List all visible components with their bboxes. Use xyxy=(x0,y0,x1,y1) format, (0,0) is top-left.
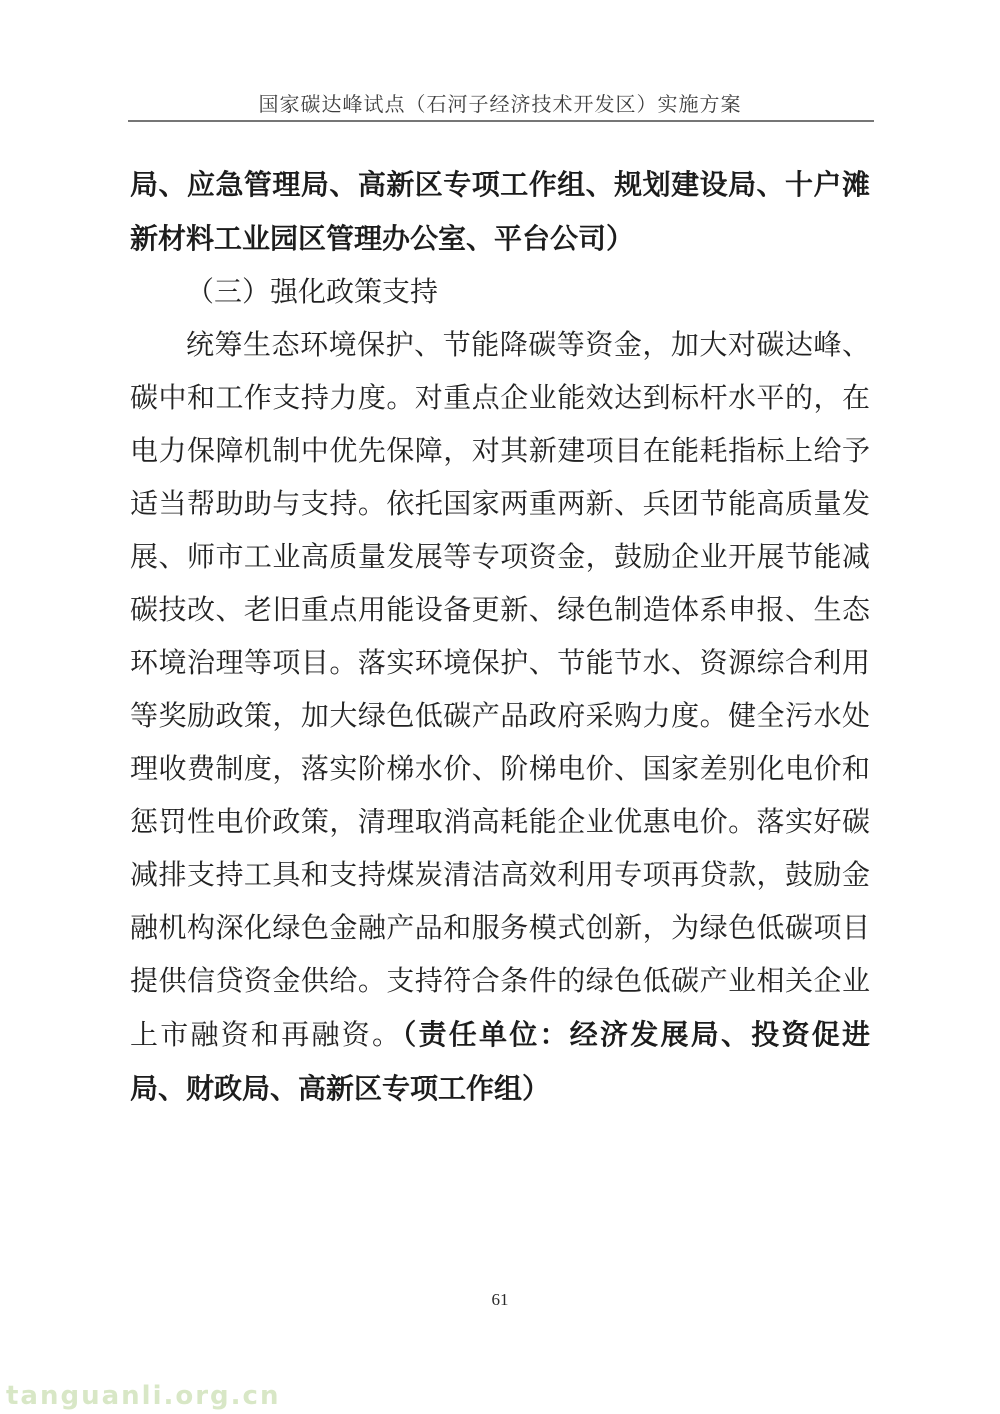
paragraph-policy-support: 统筹生态环境保护、节能降碳等资金，加大对碳达峰、碳中和工作支持力度。对重点企业能… xyxy=(130,319,870,1116)
policy-support-body-text: 统筹生态环境保护、节能降碳等资金，加大对碳达峰、碳中和工作支持力度。对重点企业能… xyxy=(130,330,870,1051)
document-body: 局、应急管理局、高新区专项工作组、规划建设局、十户滩新材料工业园区管理办公室、平… xyxy=(130,158,870,1116)
page-header-title: 国家碳达峰试点（石河子经济技术开发区）实施方案 xyxy=(0,88,1000,117)
section-heading: （三）强化政策支持 xyxy=(130,266,870,319)
page-number: 61 xyxy=(0,1290,1000,1310)
paragraph-responsible-units-continued: 局、应急管理局、高新区专项工作组、规划建设局、十户滩新材料工业园区管理办公室、平… xyxy=(130,158,870,266)
watermark-text: tanguanli.org.cn xyxy=(6,1381,280,1411)
section-heading-text: （三）强化政策支持 xyxy=(186,277,438,308)
document-page: 国家碳达峰试点（石河子经济技术开发区）实施方案 局、应急管理局、高新区专项工作组… xyxy=(0,0,1000,1414)
header-divider-line xyxy=(128,120,874,122)
responsible-units-continued-text: 局、应急管理局、高新区专项工作组、规划建设局、十户滩新材料工业园区管理办公室、平… xyxy=(130,169,870,254)
